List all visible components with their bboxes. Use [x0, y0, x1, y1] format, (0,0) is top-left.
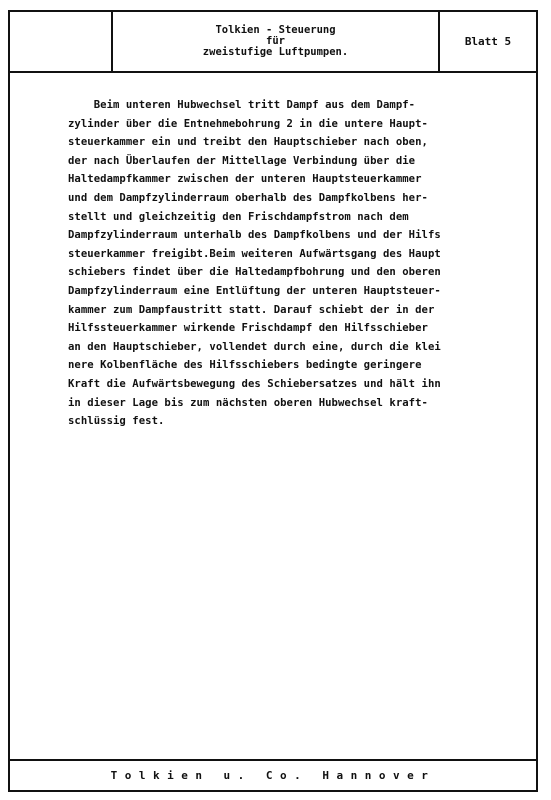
text-line: steuerkammer ein und treibt den Hauptsch… — [68, 133, 508, 152]
text-line: stellt und gleichzeitig den Frischdampfs… — [68, 208, 508, 227]
sheet-number: Blatt 5 — [440, 12, 536, 71]
text-line: schlüssig fest. — [68, 412, 508, 431]
text-line: zylinder über die Entnehmebohrung 2 in d… — [68, 115, 508, 134]
text-line: der nach Überlaufen der Mittellage Verbi… — [68, 152, 508, 171]
text-line: schiebers findet über die Haltedampfbohr… — [68, 263, 508, 282]
text-line: Hilfssteuerkammer wirkende Frischdampf d… — [68, 319, 508, 338]
header-title: Tolkien - Steuerung für zweistufige Luft… — [113, 12, 440, 71]
header-block: Tolkien - Steuerung für zweistufige Luft… — [10, 12, 536, 73]
text-line: Beim unteren Hubwechsel tritt Dampf aus … — [68, 96, 508, 115]
text-line: und dem Dampfzylinderraum oberhalb des D… — [68, 189, 508, 208]
text-line: Kraft die Aufwärtsbewegung des Schiebers… — [68, 375, 508, 394]
text-line: kammer zum Dampfaustritt statt. Darauf s… — [68, 301, 508, 320]
text-line: Dampfzylinderraum unterhalb des Dampfkol… — [68, 226, 508, 245]
text-line: an den Hauptschieber, vollendet durch ei… — [68, 338, 508, 357]
title-line-3: zweistufige Luftpumpen. — [203, 47, 348, 58]
text-line: nere Kolbenfläche des Hilfsschiebers bed… — [68, 356, 508, 375]
body-paragraph: Beim unteren Hubwechsel tritt Dampf aus … — [68, 96, 508, 431]
header-blank-cell — [10, 12, 113, 71]
footer-company: Tolkien u. Co. Hannover — [10, 759, 536, 790]
text-line: Dampfzylinderraum eine Entlüftung der un… — [68, 282, 508, 301]
text-line: in dieser Lage bis zum nächsten oberen H… — [68, 394, 508, 413]
text-line: Haltedampfkammer zwischen der unteren Ha… — [68, 170, 508, 189]
text-line: steuerkammer freigibt.Beim weiteren Aufw… — [68, 245, 508, 264]
